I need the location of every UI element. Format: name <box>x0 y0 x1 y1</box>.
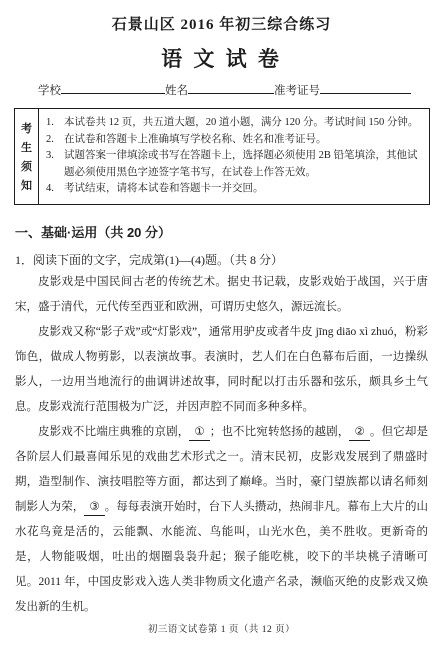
examinee-notice-box: 考生须知 1.本试卷共 12 页，共五道大题，20 道小题，满分 120 分。考… <box>14 108 430 205</box>
notice-side-char: 考 <box>21 120 32 136</box>
notice-item-text: 本试卷共 12 页，共五道大题，20 道小题，满分 120 分。考试时间 150… <box>64 115 419 132</box>
notice-item-text: 在试卷和答题卡上准确填写学校名称、姓名和准考证号。 <box>64 132 419 149</box>
question-1-prompt: 1．阅读下面的文字，完成第(1)—(4)题。（共 8 分） <box>15 251 428 268</box>
page-footer: 初三语文试卷第 1 页（共 12 页） <box>0 621 443 635</box>
exam-paper-page: 石景山区 2016 年初三综合练习 语 文 试 卷 学校姓名准考证号 考生须知 … <box>0 0 443 646</box>
passage-paragraph: 皮影戏是中国民间古老的传统艺术。据史书记载，皮影戏始于战国，兴于唐宋，盛于清代，… <box>15 270 428 320</box>
candidate-info-line: 学校姓名准考证号 <box>38 81 416 98</box>
notice-item: 3.试题答案一律填涂或书写在答题卡上，选择题必须使用 2B 铅笔填涂，其他试题必… <box>46 148 419 181</box>
notice-items: 1.本试卷共 12 页，共五道大题，20 道小题，满分 120 分。考试时间 1… <box>39 109 429 204</box>
school-label: 学校 <box>38 85 61 97</box>
exam-session-title: 石景山区 2016 年初三综合练习 <box>0 13 443 34</box>
reading-passage: 皮影戏是中国民间古老的传统艺术。据史书记载，皮影戏始于战国，兴于唐宋，盛于清代，… <box>15 270 428 620</box>
school-fill-line <box>61 81 165 94</box>
notice-side-char: 生 <box>21 139 32 155</box>
fill-in-blank: ② <box>349 425 369 441</box>
notice-item-number: 1. <box>46 115 64 132</box>
passage-text: 皮影戏不比端庄典雅的京剧， <box>38 426 189 438</box>
section-1-heading: 一、基础·运用（共 20 分） <box>15 222 428 241</box>
notice-item-number: 4. <box>46 181 64 198</box>
notice-side-char: 须 <box>21 158 32 174</box>
name-label: 姓名 <box>165 85 188 97</box>
notice-item: 1.本试卷共 12 页，共五道大题，20 道小题，满分 120 分。考试时间 1… <box>46 115 419 132</box>
exam-title: 语 文 试 卷 <box>0 43 443 73</box>
passage-text: 。每每表演开始时，台下人头攒动，热闹非凡。幕布上大片的山水花鸟竟是活的，云能飘、… <box>15 501 428 613</box>
notice-item-text: 考试结束，请将本试卷和答题卡一并交回。 <box>64 181 419 198</box>
notice-side-label: 考生须知 <box>15 109 39 204</box>
notice-side-char: 知 <box>21 177 32 193</box>
passage-paragraph: 皮影戏不比端庄典雅的京剧，①；也不比宛转悠扬的越剧，②。但它却是各阶层人们最喜闻… <box>15 420 428 620</box>
fill-in-blank: ③ <box>84 500 104 516</box>
passage-text: 皮影戏又称“影子戏”或“灯影戏”，通常用驴皮或者牛皮 jīng diāo xì … <box>15 326 428 413</box>
passage-text: ；也不比宛转悠扬的越剧， <box>210 426 350 438</box>
notice-item-number: 2. <box>46 132 64 149</box>
notice-item-number: 3. <box>46 148 64 181</box>
notice-item: 2.在试卷和答题卡上准确填写学校名称、姓名和准考证号。 <box>46 132 419 149</box>
name-fill-line <box>188 81 274 94</box>
fill-in-blank: ① <box>189 425 209 441</box>
passage-text: 皮影戏是中国民间古老的传统艺术。据史书记载，皮影戏始于战国，兴于唐宋，盛于清代，… <box>15 276 428 313</box>
notice-item-text: 试题答案一律填涂或书写在答题卡上，选择题必须使用 2B 铅笔填涂，其他试题必须使… <box>64 148 419 181</box>
exam-id-label: 准考证号 <box>274 85 320 97</box>
notice-item: 4.考试结束，请将本试卷和答题卡一并交回。 <box>46 181 419 198</box>
passage-paragraph: 皮影戏又称“影子戏”或“灯影戏”，通常用驴皮或者牛皮 jīng diāo xì … <box>15 320 428 420</box>
exam-id-fill-line <box>320 81 411 94</box>
